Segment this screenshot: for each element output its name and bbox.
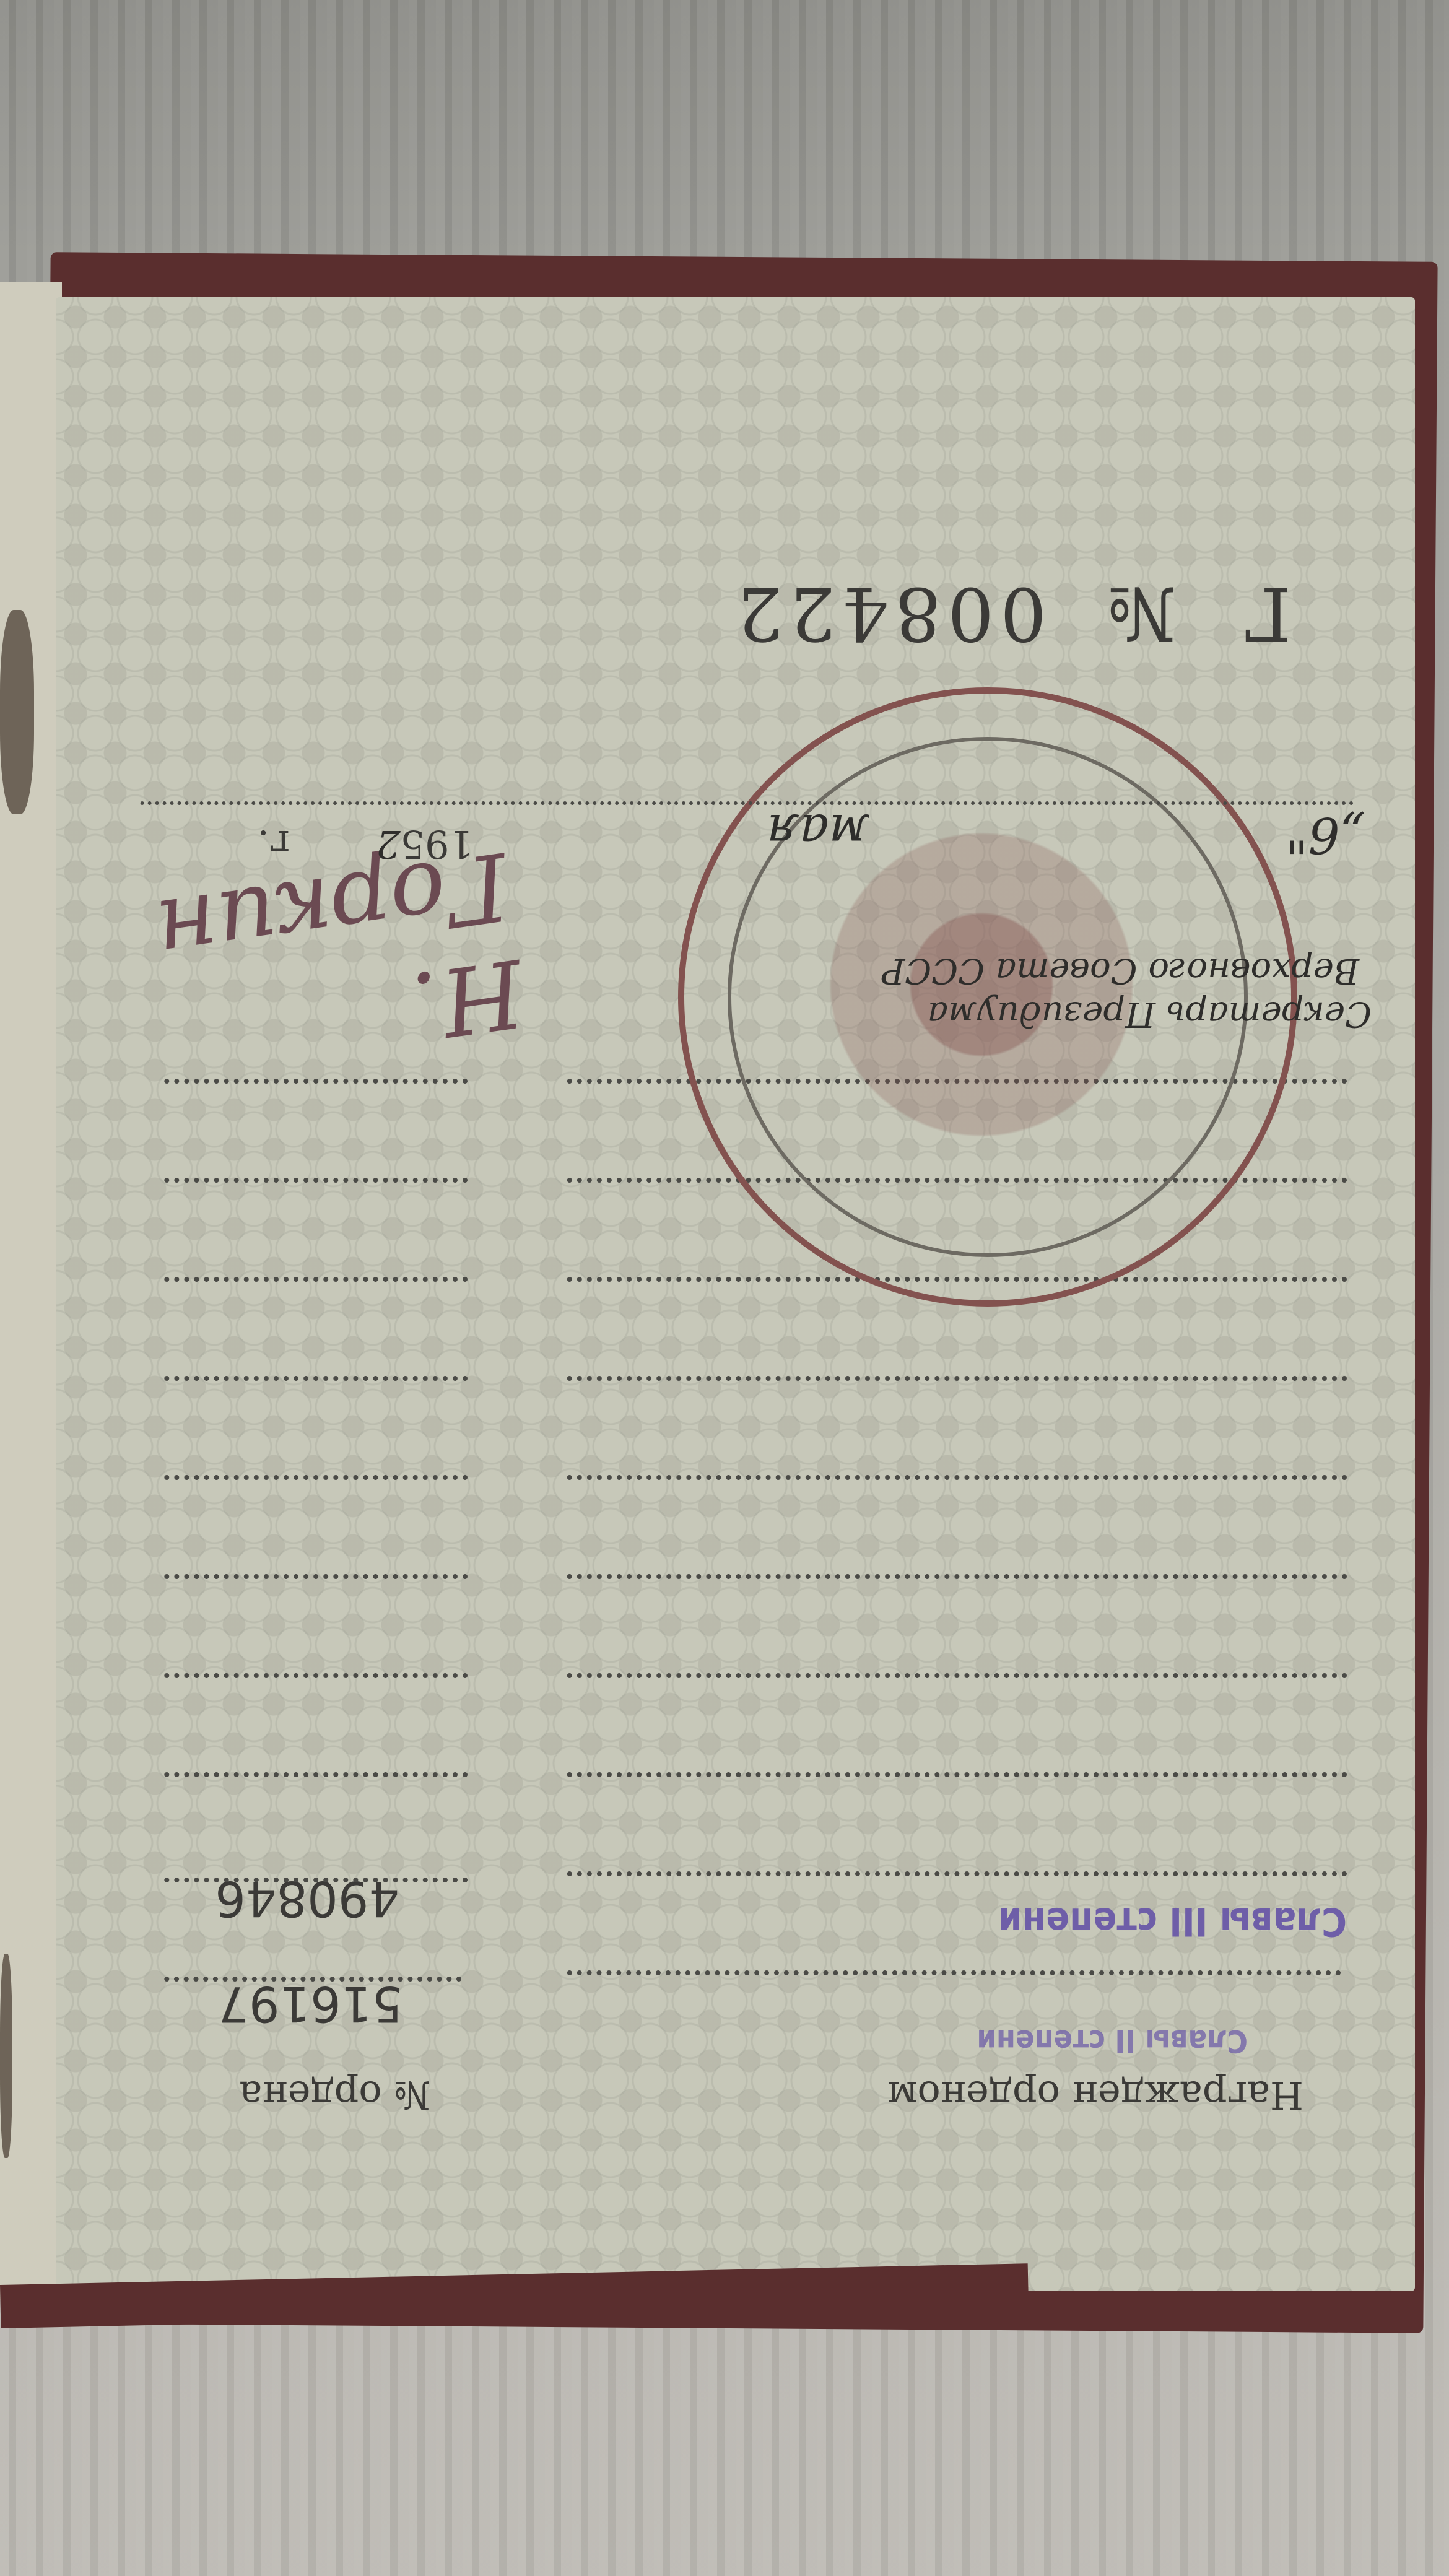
order-number-row-1: 516197 (218, 1975, 402, 2031)
date-year-prefix: 195 (401, 822, 474, 867)
opposite-page-edge (0, 282, 62, 2300)
award-row-2: Славы III степени (998, 1899, 1347, 1944)
document-page: Награжден орденом № ордена Славы II степ… (56, 297, 1415, 2291)
serial-prefix: Г (1237, 571, 1291, 656)
row-line (567, 1871, 1347, 1876)
row-line (164, 1772, 468, 1777)
secretary-title-line1: Секретарь Президиума (928, 994, 1372, 1034)
row-line (567, 1772, 1347, 1777)
row-line (567, 1376, 1347, 1381)
binding-clip (0, 1954, 12, 2158)
row-line (164, 1475, 468, 1480)
row-line (567, 1970, 1341, 1975)
date-month: мая (767, 803, 870, 861)
date-year-suffix: 2 (376, 822, 400, 867)
award-row-1: Славы II степени (977, 2023, 1248, 2059)
secretary-title-line2: Верховного Совета СССР (882, 951, 1359, 991)
row-line (164, 1673, 468, 1678)
header-order-number-label: № ордена (239, 2073, 430, 2118)
header-award-label: Награжден орденом (887, 2073, 1303, 2118)
date-year: 1952 г. (257, 822, 474, 867)
row-line (567, 1673, 1347, 1678)
date-year-unit: г. (257, 822, 289, 867)
row-line (164, 1574, 468, 1579)
serial-number: 008422 (731, 571, 1046, 656)
row-line (567, 1475, 1347, 1480)
row-line (164, 1977, 461, 1982)
row-line (164, 1277, 468, 1282)
booklet-serial: Г № 008422 (731, 571, 1291, 656)
secretary-signature: Н. Горкин (56, 831, 530, 1108)
binding-clip (0, 610, 34, 814)
date-line (139, 801, 1353, 805)
serial-number-sign: № (1101, 571, 1177, 656)
date-day-value: 6 (1308, 806, 1340, 864)
date-day: „6" (1286, 806, 1365, 864)
row-line (164, 1178, 468, 1183)
row-line (164, 1878, 468, 1882)
upside-down-content: Награжден орденом № ордена Славы II степ… (56, 297, 1415, 2291)
row-line (567, 1574, 1347, 1579)
row-line (164, 1376, 468, 1381)
